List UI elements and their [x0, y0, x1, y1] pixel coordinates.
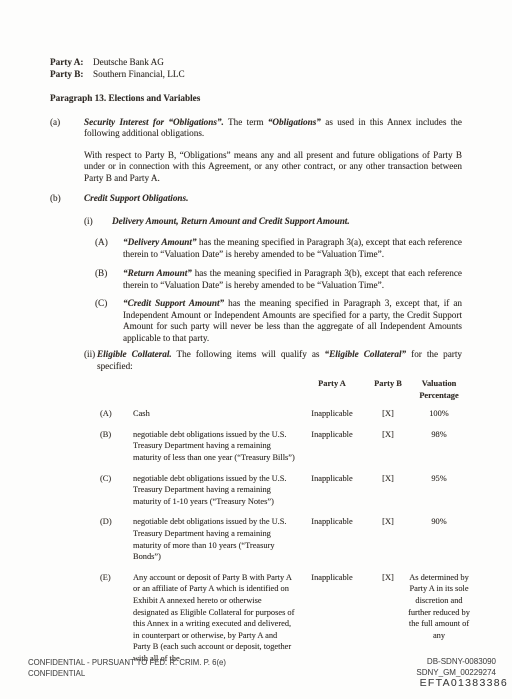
item-C-text: “Credit Support Amount” has the meaning … — [123, 298, 462, 344]
section-b: (b) Credit Support Obligations. — [50, 193, 462, 205]
column-header-party-b: Party B — [368, 378, 408, 390]
subsection-ii-term: “Eligible Collateral” — [325, 349, 407, 359]
party-b-line: Party B: Southern Financial, LLC — [50, 69, 462, 81]
section-a-body1: The term — [224, 117, 268, 127]
row-label: (D) — [100, 516, 133, 528]
row-party-b-checkbox: [X] — [368, 516, 408, 528]
row-label: (A) — [100, 408, 133, 420]
row-party-a: Inapplicable — [296, 408, 368, 420]
production-number-1: DB-SDNY-0083090 — [416, 656, 496, 667]
row-description: negotiable debt obligations issued by th… — [133, 473, 296, 508]
row-party-b-checkbox: [X] — [368, 473, 408, 485]
item-B: (B) “Return Amount” has the meaning spec… — [95, 268, 462, 291]
row-party-b-checkbox: [X] — [368, 572, 408, 584]
footer-confidential-line2: CONFIDENTIAL — [28, 668, 226, 679]
row-valuation: 100% — [408, 408, 470, 420]
party-a-value: Deutsche Bank AG — [93, 57, 164, 69]
page-title: Paragraph 13. Elections and Variables — [50, 93, 462, 105]
row-description: negotiable debt obligations issued by th… — [133, 429, 296, 464]
row-party-a: Inapplicable — [296, 429, 368, 441]
footer-confidential-line1: CONFIDENTIAL - PURSUANT TO FED. R. CRIM.… — [28, 657, 226, 668]
column-header-party-a: Party A — [296, 378, 368, 390]
party-b-value: Southern Financial, LLC — [93, 69, 185, 81]
column-header-valuation: ValuationPercentage — [408, 378, 470, 401]
item-B-label: (B) — [95, 268, 123, 291]
subsection-ii-text: Eligible Collateral. The following items… — [97, 349, 462, 372]
item-C-term: “Credit Support Amount” — [123, 298, 224, 308]
party-b-label: Party B: — [50, 69, 93, 81]
row-party-a: Inapplicable — [296, 572, 368, 584]
row-party-b-checkbox: [X] — [368, 408, 408, 420]
item-A-term: “Delivery Amount” — [123, 237, 197, 247]
item-C: (C) “Credit Support Amount” has the mean… — [95, 298, 462, 344]
row-valuation: 90% — [408, 516, 470, 528]
party-block: Party A: Deutsche Bank AG Party B: South… — [50, 57, 462, 80]
item-B-term: “Return Amount” — [123, 268, 192, 278]
subsection-i-heading: Delivery Amount, Return Amount and Credi… — [112, 216, 462, 228]
footer-confidential: CONFIDENTIAL - PURSUANT TO FED. R. CRIM.… — [28, 657, 226, 679]
table-row: (C) negotiable debt obligations issued b… — [100, 473, 462, 508]
row-label: (C) — [100, 473, 133, 485]
row-description: negotiable debt obligations issued by th… — [133, 516, 296, 562]
section-a: (a) Security Interest for “Obligations”.… — [50, 117, 462, 140]
section-b-label: (b) — [50, 193, 84, 205]
row-valuation: 95% — [408, 473, 470, 485]
section-a-heading: Security Interest for “Obligations”. — [84, 117, 224, 127]
section-a-text: Security Interest for “Obligations”. The… — [84, 117, 462, 140]
party-a-label: Party A: — [50, 57, 93, 69]
item-C-label: (C) — [95, 298, 123, 344]
subsection-ii-label: (ii) — [84, 349, 97, 372]
row-party-a: Inapplicable — [296, 516, 368, 528]
valuation-header-line1: Valuation — [408, 378, 470, 390]
party-a-line: Party A: Deutsche Bank AG — [50, 57, 462, 69]
row-label: (E) — [100, 572, 133, 584]
valuation-header-line2: Percentage — [408, 390, 470, 402]
section-a-paragraph2: With respect to Party B, “Obligations” m… — [84, 150, 462, 185]
subsection-i-label: (i) — [84, 216, 112, 228]
item-A-text: “Delivery Amount” has the meaning specif… — [123, 237, 462, 260]
item-A: (A) “Delivery Amount” has the meaning sp… — [95, 237, 462, 260]
document-page: Party A: Deutsche Bank AG Party B: South… — [0, 0, 512, 699]
document-content: Party A: Deutsche Bank AG Party B: South… — [0, 0, 512, 664]
section-b-heading: Credit Support Obligations. — [84, 193, 462, 205]
row-party-b-checkbox: [X] — [368, 429, 408, 441]
subsection-ii-body1: The following items will qualify as — [172, 349, 325, 359]
footer-stamps: DB-SDNY-0083090 SDNY_GM_00229274 EFTA013… — [416, 656, 496, 689]
row-description: Any account or deposit of Party B with P… — [133, 572, 296, 665]
table-row: (A) Cash Inapplicable [X] 100% — [100, 408, 462, 420]
bates-stamp: EFTA01383386 — [416, 678, 508, 689]
table-row: (B) negotiable debt obligations issued b… — [100, 429, 462, 464]
row-description: Cash — [133, 408, 296, 420]
section-a-term: “Obligations” — [268, 117, 321, 127]
item-B-text: “Return Amount” has the meaning specifie… — [123, 268, 462, 291]
row-label: (B) — [100, 429, 133, 441]
subsection-ii: (ii) Eligible Collateral. The following … — [84, 349, 462, 372]
item-A-label: (A) — [95, 237, 123, 260]
row-valuation: As determined by Party A in its sole dis… — [408, 572, 470, 642]
subsection-ii-heading: Eligible Collateral. — [97, 349, 172, 359]
row-party-a: Inapplicable — [296, 473, 368, 485]
subsection-i: (i) Delivery Amount, Return Amount and C… — [84, 216, 462, 228]
table-row: (D) negotiable debt obligations issued b… — [100, 516, 462, 562]
table-header-row: Party A Party B ValuationPercentage — [100, 378, 462, 401]
table-row: (E) Any account or deposit of Party B wi… — [100, 572, 462, 665]
row-valuation: 98% — [408, 429, 470, 441]
eligible-collateral-table: Party A Party B ValuationPercentage (A) … — [100, 378, 462, 664]
section-a-label: (a) — [50, 117, 84, 140]
